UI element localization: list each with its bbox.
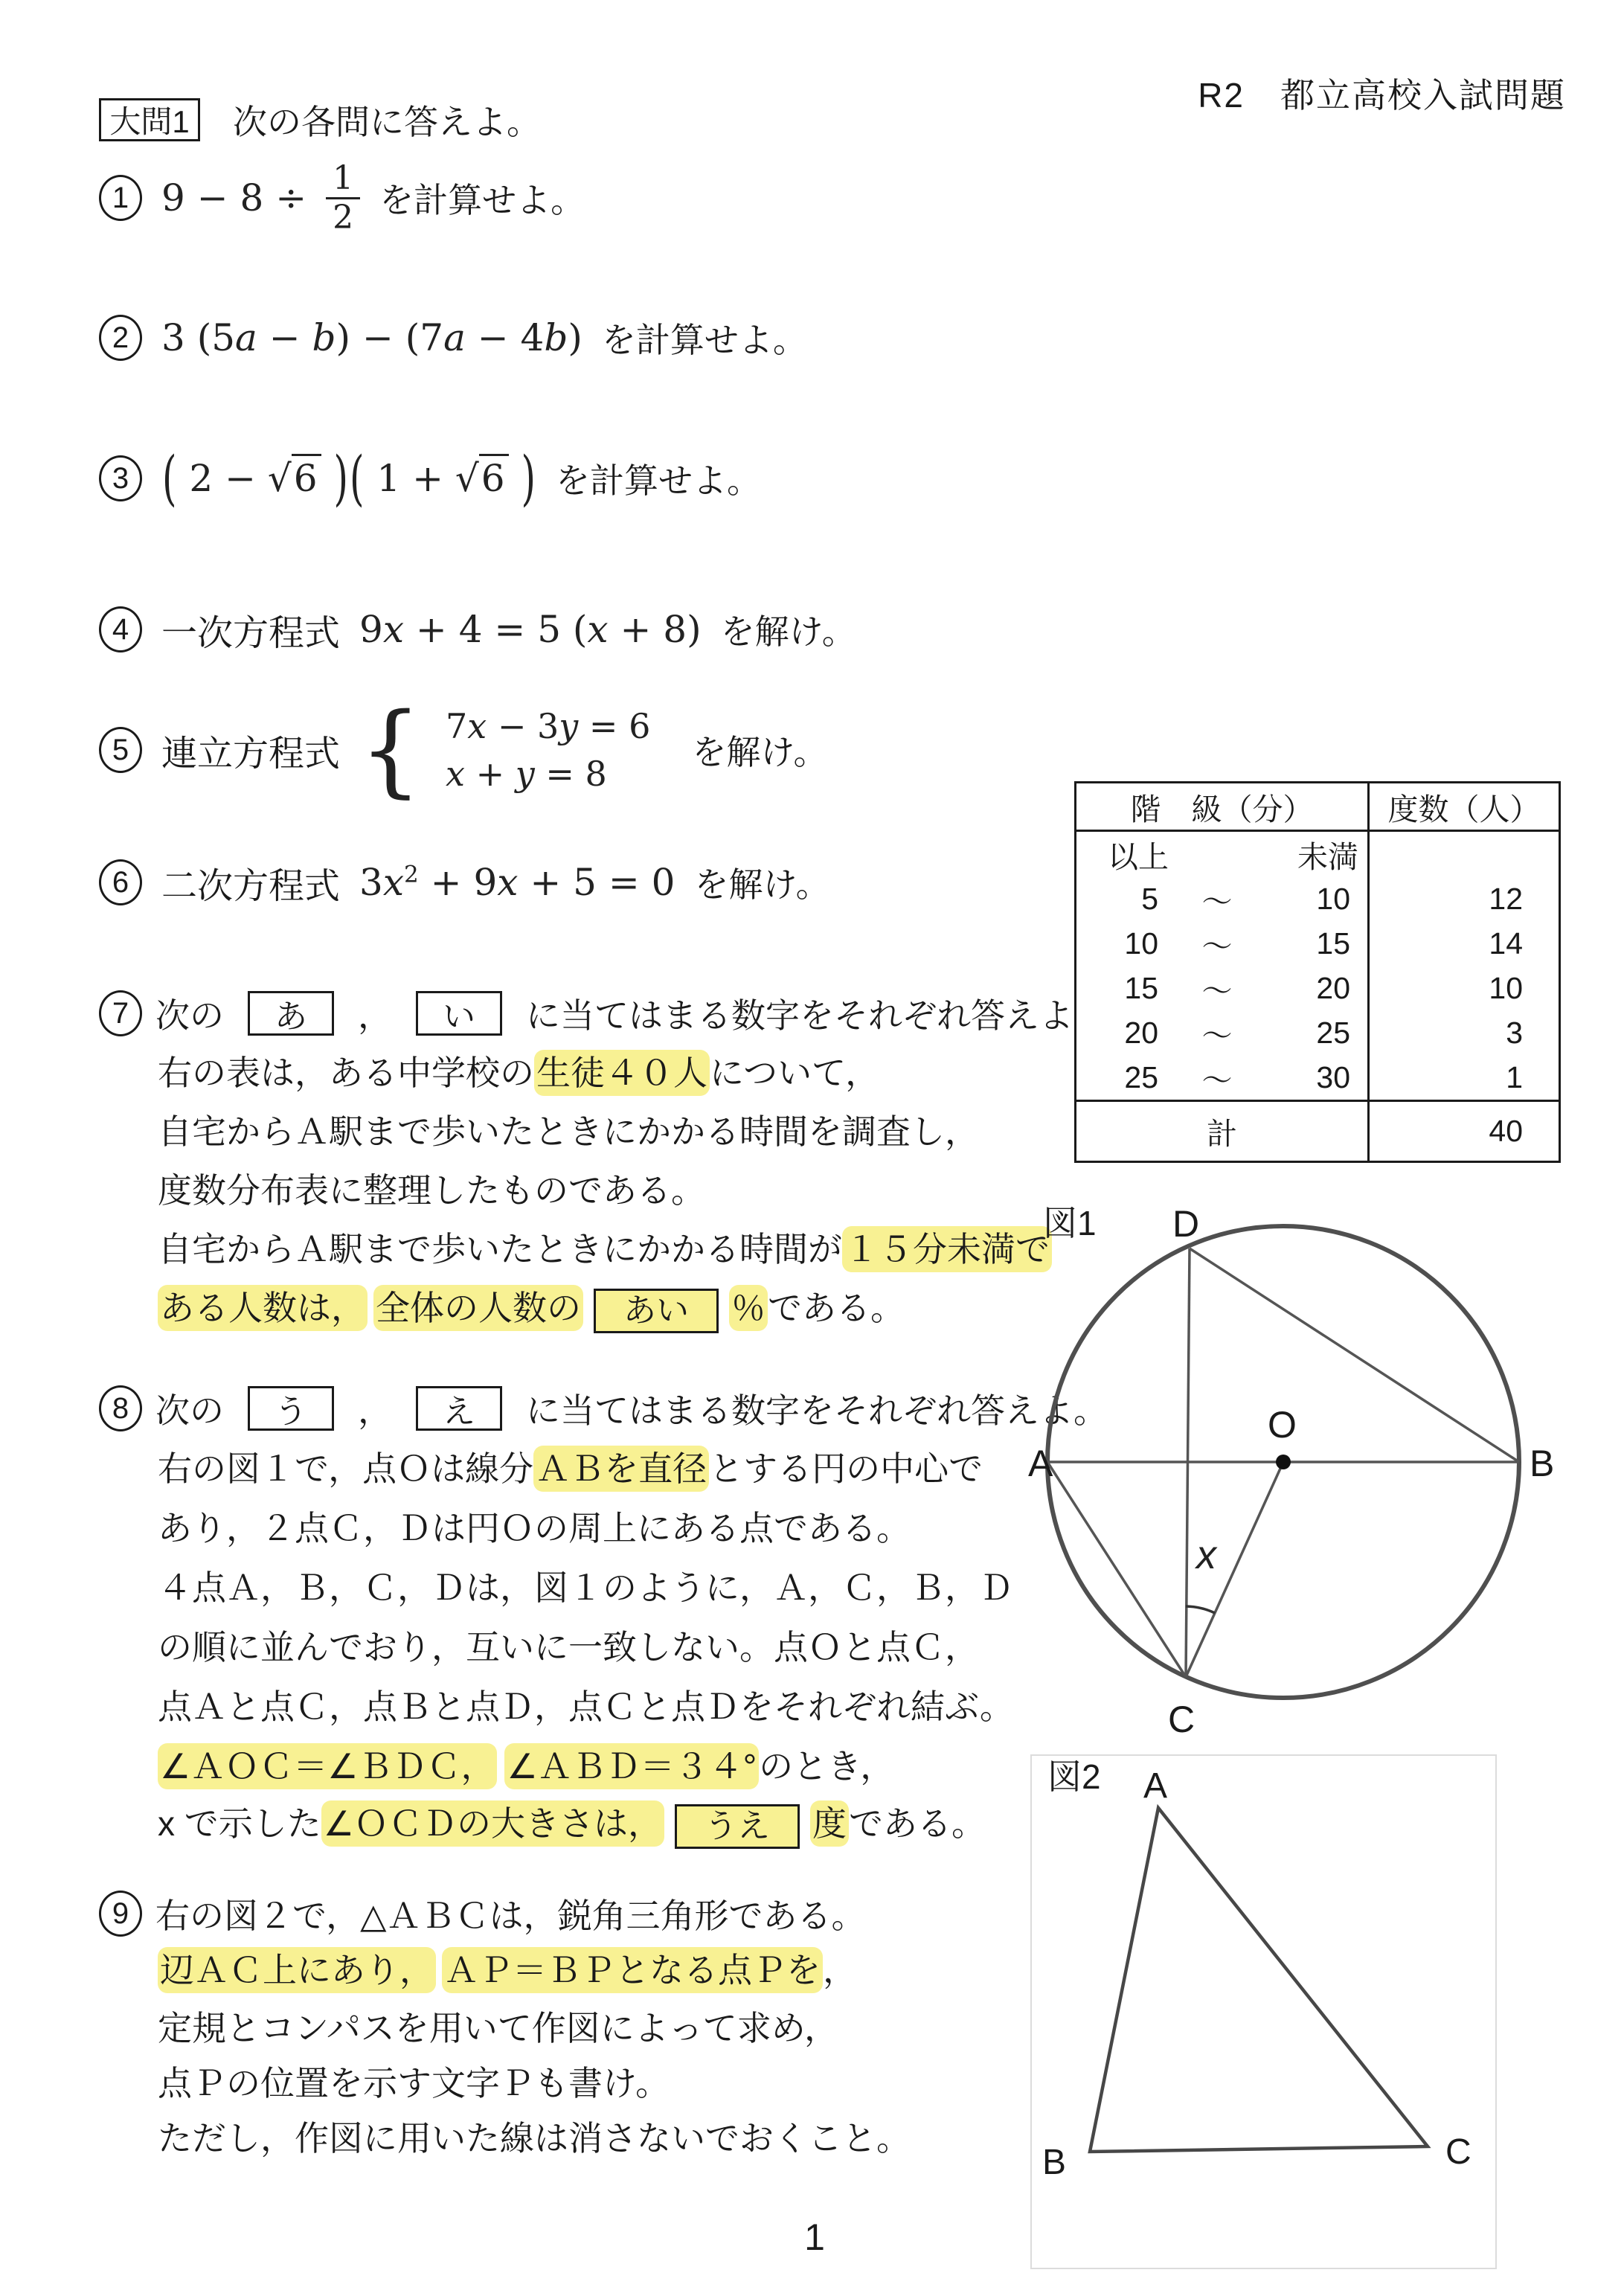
highlight-ap-equals-bp: ＡＰ＝ＢＰとなる点Ｐを xyxy=(442,1947,823,1993)
answer-box-ue: うえ xyxy=(675,1804,800,1849)
system-brace: { xyxy=(359,700,422,801)
tilde: ～ xyxy=(1158,877,1276,921)
problem-8-line-1: 右の図１で，点Ｏは線分ＡＢを直径とする円の中心で xyxy=(158,1442,983,1495)
tilde: ～ xyxy=(1158,1011,1276,1055)
problem-9-line-5: ただし，作図に用いた線は消さないでおくこと。 xyxy=(158,2111,911,2165)
problem-1-number: 1 xyxy=(99,175,142,221)
problem-8-line-6: ∠ＡＯＣ＝∠ＢＤＣ，∠ＡＢＤ＝３４°のとき， xyxy=(158,1739,894,1793)
answer-box-ai: あい xyxy=(594,1289,719,1333)
table-row: 10～15 14 xyxy=(1076,921,1559,966)
problem-1: 1 9 − 8 ÷ 1 2 を計算せよ。 xyxy=(99,146,585,250)
equation-stack: 7x − 3y = 6 x + y = 8 xyxy=(446,706,650,794)
frequency-value: 14 xyxy=(1489,926,1523,961)
class-from: 5 xyxy=(1088,882,1158,917)
problem-4-number: 4 xyxy=(99,606,142,652)
problem-5-label: 連立方程式 xyxy=(161,725,340,776)
problem-9-intro: 9 右の図２で，△ＡＢＣは，鋭角三角形である。 xyxy=(99,1884,865,1943)
vertex-label-c: C xyxy=(1445,2132,1471,2172)
table-header-frequency-column: 度数（人） xyxy=(1370,783,1559,830)
problem-7-intro: 7 次の あ ， い に当てはまる数字をそれぞれ答えよ。 xyxy=(99,984,1108,1043)
class-to: 25 xyxy=(1276,1016,1350,1051)
fraction-denominator: 2 xyxy=(326,197,360,236)
answer-box-a: あ xyxy=(248,991,334,1036)
circle-diagram-svg: A B C D O x xyxy=(1027,1190,1592,1756)
table-subheader-row: 以上 未満 xyxy=(1076,832,1559,876)
problem-2: 2 3 (5a − b) − (7a − 4b) を計算せよ。 xyxy=(99,301,807,375)
class-from: 15 xyxy=(1088,971,1158,1006)
problem-7-intro-post: に当てはまる数字をそれぞれ答えよ。 xyxy=(526,989,1108,1038)
daimon-label-box: 大問1 xyxy=(99,98,200,141)
problem-8-line-4: の順に並んでおり，互いに一致しない。点Ｏと点Ｃ， xyxy=(158,1620,979,1674)
table-row: 25～30 1 xyxy=(1076,1055,1559,1100)
frequency-value: 10 xyxy=(1489,971,1523,1006)
class-to: 30 xyxy=(1276,1060,1350,1095)
problem-4-label: 一次方程式 xyxy=(161,604,340,655)
table-header-row: 階 級（分） 度数（人） xyxy=(1076,783,1559,832)
problem-6-number: 6 xyxy=(99,859,142,905)
daimon-instruction: 次の各問に答えよ。 xyxy=(233,95,541,144)
problem-7-line-1: 右の表は，ある中学校の生徒４０人について， xyxy=(158,1046,879,1100)
problem-2-expression: 3 (5a − b) − (7a − 4b) xyxy=(161,316,582,359)
problem-8-intro: 8 次の う ， え に当てはまる数字をそれぞれ答えよ。 xyxy=(99,1379,1108,1438)
class-from: 10 xyxy=(1088,926,1158,961)
problem-5-number: 5 xyxy=(99,727,142,773)
problem-8-number: 8 xyxy=(99,1385,142,1431)
problem-3-instruction: を計算せよ。 xyxy=(556,454,761,503)
point-label-d: D xyxy=(1172,1203,1199,1245)
problem-8-line-5: 点Ａと点Ｃ，点Ｂと点Ｄ，点Ｃと点Ｄをそれぞれ結ぶ。 xyxy=(158,1680,1014,1734)
problem-8-line-7: x で示した∠ＯＣＤの大きさは，うえ度である。 xyxy=(158,1797,986,1850)
problem-8-line-3: ４点Ａ，Ｂ，Ｃ，Ｄは，図１のように，Ａ，Ｃ，Ｂ，Ｄ xyxy=(158,1561,1013,1614)
figure-2-caption: 図2 xyxy=(1047,1750,1101,1799)
chord-db xyxy=(1190,1248,1519,1462)
highlight-angle-aoc-bdc: ∠ＡＯＣ＝∠ＢＤＣ， xyxy=(158,1743,497,1789)
class-to: 10 xyxy=(1276,882,1350,917)
highlight-angle-ocd: ∠ＯＣＤの大きさは， xyxy=(321,1800,664,1847)
problem-9-line-4: 点Ｐの位置を示す文字Ｐも書け。 xyxy=(158,2056,670,2110)
problem-6-expression: 3x2 + 9x + 5 = 0 xyxy=(359,861,675,904)
text-run: 自宅からＡ駅まで歩いたときにかかる時間が xyxy=(158,1230,842,1269)
problem-3-expression: ( 2 − √6 )( 1 + √6 ) xyxy=(161,457,536,500)
table-row: 20～25 3 xyxy=(1076,1010,1559,1055)
problem-4: 4 一次方程式 9x + 4 = 5 (x + 8) を解け。 xyxy=(99,592,856,667)
problem-6: 6 二次方程式 3x2 + 9x + 5 = 0 を解け。 xyxy=(99,845,830,920)
fraction-numerator: 1 xyxy=(333,160,353,196)
problem-3: 3 ( 2 − √6 )( 1 + √6 ) を計算せよ。 xyxy=(99,430,761,527)
tilde: ～ xyxy=(1158,1056,1276,1100)
equation-1: 7x − 3y = 6 xyxy=(446,706,650,746)
tilde: ～ xyxy=(1158,966,1276,1010)
problem-7-line-3: 度数分布表に整理したものである。 xyxy=(158,1164,705,1217)
problem-9-line-1: 右の図２で，△ＡＢＣは，鋭角三角形である。 xyxy=(155,1889,865,1938)
chord-ac xyxy=(1047,1462,1186,1677)
problem-5-instruction: を解け。 xyxy=(692,725,827,775)
frequency-value: 3 xyxy=(1506,1016,1523,1051)
problem-9-line-2: 辺ＡＣ上にあり，ＡＰ＝ＢＰとなる点Ｐを， xyxy=(158,1943,857,1997)
text-run: について， xyxy=(710,1054,879,1092)
page-header-title: R2 都立高校入試問題 xyxy=(1198,68,1566,118)
point-label-o: O xyxy=(1268,1404,1297,1446)
table-header-class-column: 階 級（分） xyxy=(1076,783,1370,830)
daimon-heading: 大問1 次の各問に答えよ。 xyxy=(99,95,541,144)
problem-2-instruction: を計算せよ。 xyxy=(602,313,807,362)
problem-8-line-2: あり，２点Ｃ，Ｄは円Ｏの周上にある点である。 xyxy=(158,1501,911,1555)
equation-2: x + y = 8 xyxy=(446,754,650,794)
triangle-diagram-svg: A B C xyxy=(1032,1756,1497,2269)
problem-9-line-3: 定規とコンパスを用いて作図によって求め， xyxy=(158,2001,838,2055)
figure-1-caption: 図1 xyxy=(1043,1196,1097,1245)
highlight-of-total: 全体の人数の xyxy=(373,1285,583,1331)
point-label-b: B xyxy=(1530,1443,1554,1484)
answer-box-i: い xyxy=(416,991,502,1036)
problem-7-comma: ， xyxy=(358,989,392,1038)
highlight-students-40: 生徒４０人 xyxy=(534,1050,710,1096)
frequency-value: 12 xyxy=(1489,882,1523,917)
class-to: 15 xyxy=(1276,926,1350,961)
table-row: 15～20 10 xyxy=(1076,966,1559,1010)
fraction-one-half: 1 2 xyxy=(326,160,360,236)
class-from: 25 xyxy=(1088,1060,1158,1095)
problem-7-number: 7 xyxy=(99,990,142,1036)
triangle-abc xyxy=(1090,1808,1428,2152)
highlight-on-side-ac: 辺ＡＣ上にあり， xyxy=(158,1947,436,1993)
point-label-a: A xyxy=(1028,1443,1053,1484)
table-row: 5～10 12 xyxy=(1076,876,1559,921)
answer-box-e: え xyxy=(416,1386,502,1431)
class-from: 20 xyxy=(1088,1016,1158,1051)
highlight-percent: ％ xyxy=(729,1285,768,1331)
problem-7-line-2: 自宅からＡ駅まで歩いたときにかかる時間を調査し， xyxy=(158,1105,979,1158)
problem-8-intro-post: に当てはまる数字をそれぞれ答えよ。 xyxy=(526,1384,1108,1433)
total-label: 計 xyxy=(1076,1102,1370,1161)
problem-7-line-4: 自宅からＡ駅まで歩いたときにかかる時間が１５分未満で xyxy=(158,1222,1052,1276)
problem-8-intro-pre: 次の xyxy=(155,1384,224,1433)
highlight-angle-abd-34: ∠ＡＢＤ＝３４° xyxy=(504,1743,759,1789)
problem-6-label: 二次方程式 xyxy=(161,857,340,908)
problem-5: 5 連立方程式 { 7x − 3y = 6 x + y = 8 を解け。 xyxy=(99,698,828,802)
angle-label-x: x xyxy=(1194,1533,1218,1577)
problem-7-intro-pre: 次の xyxy=(155,989,224,1038)
problem-4-expression: 9x + 4 = 5 (x + 8) xyxy=(359,608,702,651)
problem-4-instruction: を解け。 xyxy=(721,605,856,654)
problem-8-comma: ， xyxy=(358,1384,392,1433)
page-number: 1 xyxy=(789,2216,841,2259)
text-run: である。 xyxy=(849,1804,986,1843)
problem-3-number: 3 xyxy=(99,455,142,501)
text-run: とする円の中心で xyxy=(709,1449,983,1488)
center-point-o xyxy=(1276,1455,1291,1469)
vertex-label-b: B xyxy=(1042,2143,1066,2182)
angle-arc-x xyxy=(1186,1606,1215,1613)
problem-2-number: 2 xyxy=(99,315,142,361)
highlight-under-15-min: １５分未満で xyxy=(842,1226,1052,1272)
text-run: 右の図１で，点Ｏは線分 xyxy=(158,1449,533,1488)
tilde: ～ xyxy=(1158,922,1276,966)
highlight-number-of-people: ある人数は， xyxy=(158,1285,368,1331)
problem-1-expression: 9 − 8 ÷ xyxy=(161,176,306,219)
frequency-value: 1 xyxy=(1506,1060,1523,1095)
point-label-c: C xyxy=(1168,1699,1195,1740)
vertex-label-a: A xyxy=(1143,1766,1167,1806)
text-run: ， xyxy=(823,1951,857,1989)
answer-box-u: う xyxy=(248,1386,334,1431)
highlight-degree: 度 xyxy=(810,1800,849,1847)
problem-6-instruction: を解け。 xyxy=(694,858,829,907)
table-to-label: 未満 xyxy=(1297,833,1358,876)
text-run: 右の表は，ある中学校の xyxy=(158,1054,534,1092)
text-run: x で示した xyxy=(158,1804,321,1843)
highlight-ab-diameter: ＡＢを直径 xyxy=(533,1446,709,1492)
problem-7-line-5: ある人数は，全体の人数のあい％である。 xyxy=(158,1281,905,1335)
chord-dc xyxy=(1186,1248,1190,1677)
table-total-row: 計 40 xyxy=(1076,1100,1559,1161)
figure-1-circle-diagram: A B C D O x xyxy=(1027,1190,1592,1756)
problem-1-instruction: を計算せよ。 xyxy=(379,173,585,222)
problem-9-number: 9 xyxy=(99,1891,142,1937)
total-value: 40 xyxy=(1489,1114,1523,1149)
class-to: 20 xyxy=(1276,971,1350,1006)
text-run: である。 xyxy=(768,1289,905,1327)
table-from-label: 以上 xyxy=(1108,833,1169,876)
frequency-table: 階 級（分） 度数（人） 以上 未満 5～10 12 10～15 14 15～2… xyxy=(1074,781,1561,1163)
text-run: のとき， xyxy=(759,1747,894,1786)
figure-2-triangle-diagram: A B C xyxy=(1030,1754,1497,2269)
